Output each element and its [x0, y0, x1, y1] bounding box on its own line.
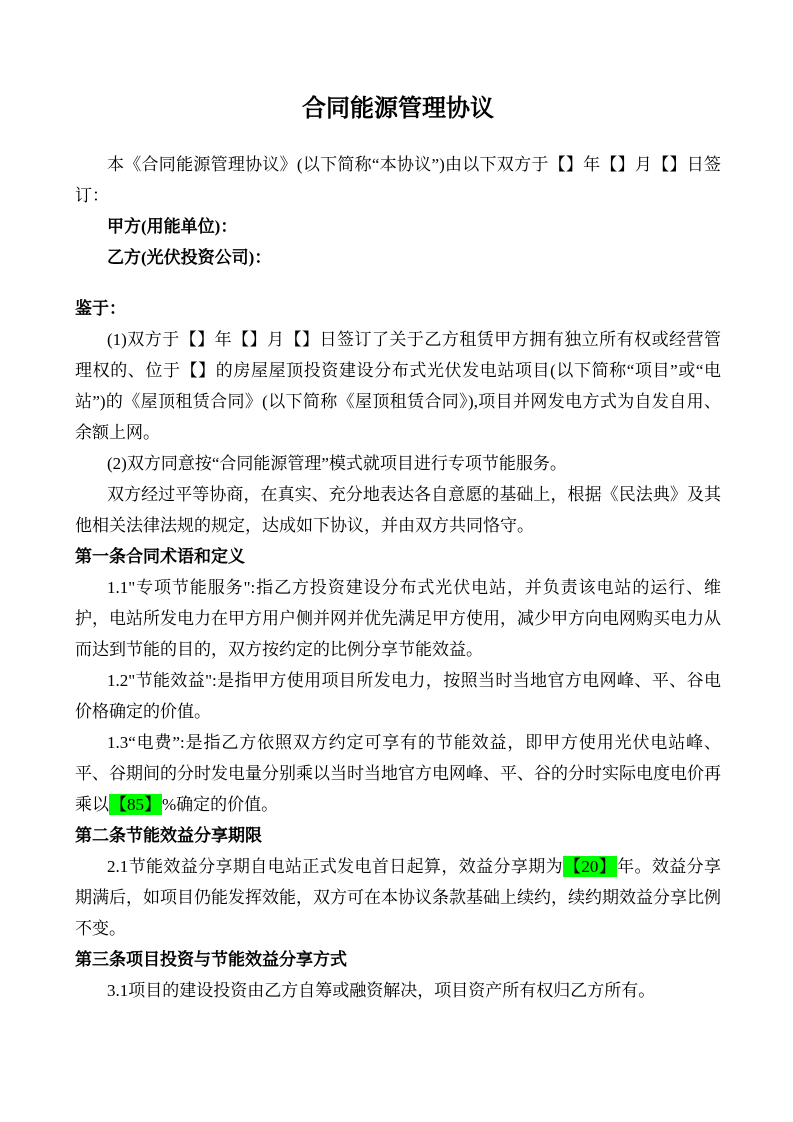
text-run: 3.1项目的建设投资由乙方自筹或融资解决，项目资产所有权归乙方所有。	[107, 981, 655, 1000]
section-heading: 鉴于：	[75, 293, 721, 324]
section-heading: 第一条合同术语和定义	[75, 541, 721, 572]
document-body: 本《合同能源管理协议》(以下简称“本协议”)由以下双方于【】年【】月【】日签订：…	[75, 149, 721, 1006]
text-run: 1.1"专项节能服务":指乙方投资建设分布式光伏电站，并负责该电站的运行、维护，…	[75, 578, 721, 659]
section-heading: 第三条项目投资与节能效益分享方式	[75, 944, 721, 975]
text-run: (1)双方于【】年【】月【】日签订了关于乙方租赁甲方拥有独立所有权或经营管理权的…	[75, 330, 721, 442]
paragraph: 1.1"专项节能服务":指乙方投资建设分布式光伏电站，并负责该电站的运行、维护，…	[75, 572, 721, 665]
paragraph: 1.2"节能效益":是指甲方使用项目所发电力，按照当时当地官方电网峰、平、谷电价…	[75, 665, 721, 727]
document-page: 合同能源管理协议 本《合同能源管理协议》(以下简称“本协议”)由以下双方于【】年…	[0, 0, 793, 1122]
highlighted-value: 【85】	[109, 794, 162, 815]
text-run: 第三条项目投资与节能效益分享方式	[75, 950, 347, 969]
text-run: 本《合同能源管理协议》(以下简称“本协议”)由以下双方于【】年【】月【】日签订：	[75, 155, 721, 205]
paragraph: 2.1节能效益分享期自电站正式发电首日起算，效益分享期为【20】年。效益分享期满…	[75, 851, 721, 944]
paragraph: 本《合同能源管理协议》(以下简称“本协议”)由以下双方于【】年【】月【】日签订：	[75, 149, 721, 211]
text-run: (2)双方同意按“合同能源管理”模式就项目进行专项节能服务。	[107, 454, 567, 473]
highlighted-value: 【20】	[563, 856, 617, 877]
document-title: 合同能源管理协议	[75, 91, 721, 128]
blank-line	[75, 273, 721, 293]
text-run: 第二条节能效益分享期限	[75, 826, 262, 845]
paragraph: 3.1项目的建设投资由乙方自筹或融资解决，项目资产所有权归乙方所有。	[75, 975, 721, 1006]
text-run: %确定的价值。	[162, 795, 278, 814]
text-run: 甲方(用能单位)：	[107, 217, 237, 236]
text-run: 双方经过平等协商，在真实、充分地表达各自意愿的基础上，根据《民法典》及其他相关法…	[75, 485, 721, 535]
section-heading: 第二条节能效益分享期限	[75, 820, 721, 851]
text-run: 乙方(光伏投资公司)：	[107, 248, 271, 267]
paragraph: (2)双方同意按“合同能源管理”模式就项目进行专项节能服务。	[75, 448, 721, 479]
paragraph: (1)双方于【】年【】月【】日签订了关于乙方租赁甲方拥有独立所有权或经营管理权的…	[75, 324, 721, 448]
text-run: 第一条合同术语和定义	[75, 547, 245, 566]
paragraph: 双方经过平等协商，在真实、充分地表达各自意愿的基础上，根据《民法典》及其他相关法…	[75, 479, 721, 541]
paragraph: 乙方(光伏投资公司)：	[75, 242, 721, 273]
text-run: 1.2"节能效益":是指甲方使用项目所发电力，按照当时当地官方电网峰、平、谷电价…	[75, 671, 721, 721]
paragraph: 甲方(用能单位)：	[75, 211, 721, 242]
text-run: 鉴于：	[75, 299, 126, 318]
text-run: 2.1节能效益分享期自电站正式发电首日起算，效益分享期为	[107, 857, 563, 876]
paragraph: 1.3“电费”:是指乙方依照双方约定可享有的节能效益，即甲方使用光伏电站峰、平、…	[75, 727, 721, 820]
